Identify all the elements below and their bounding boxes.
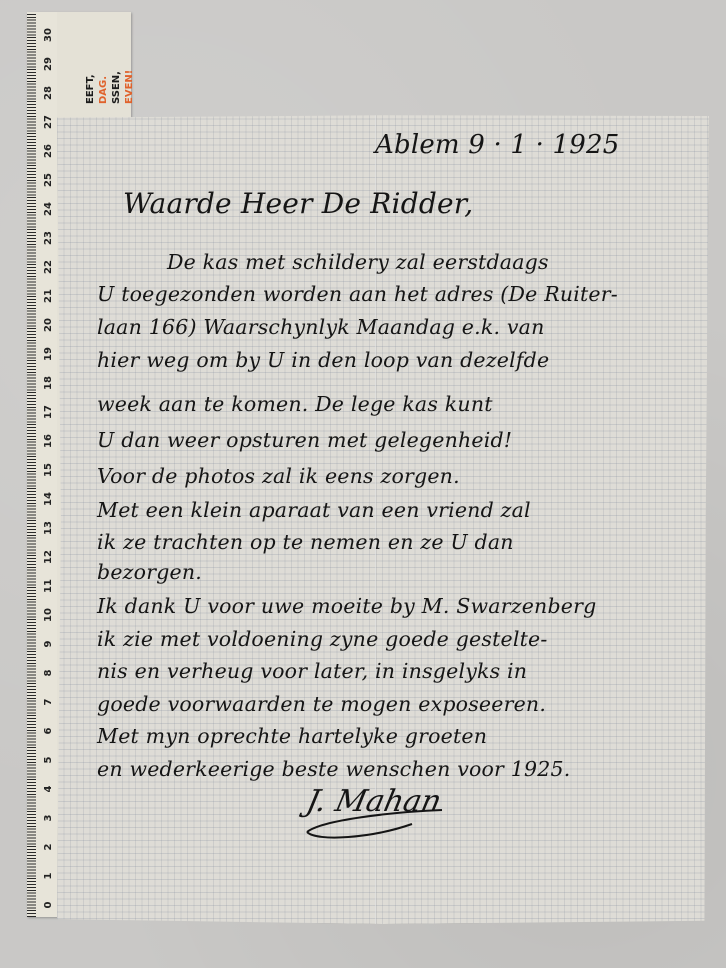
handwritten-letter: Ablem 9 · 1 · 1925 Waarde Heer De Ridder… (57, 112, 709, 924)
ruler-number: 30 (42, 27, 56, 43)
ruler-number: 15 (42, 462, 56, 478)
ruler-number: 12 (42, 549, 56, 565)
ruler-number: 21 (42, 288, 56, 304)
ruler-number: 9 (42, 636, 56, 652)
letter-line: U toegezonden worden aan het adres (De R… (97, 282, 618, 306)
ruler-number: 24 (42, 201, 56, 217)
ruler-number: 29 (42, 56, 56, 72)
ruler-number: 25 (42, 172, 56, 188)
ruler-number: 27 (42, 114, 56, 130)
ruler-number: 22 (42, 259, 56, 275)
ruler-scale-strip: 30 29 28 27 26 25 24 23 22 21 20 19 18 1… (27, 12, 57, 917)
letter-line: goede voorwaarden te mogen exposeeren. (97, 692, 546, 716)
ruler-number: 16 (42, 433, 56, 449)
ruler-number: 10 (42, 607, 56, 623)
ruler-number: 5 (42, 752, 56, 768)
letter-line: ik zie met voldoening zyne goede gestelt… (97, 627, 548, 651)
letter-line: nis en verheug voor later, in insgelyks … (97, 659, 527, 683)
ruler-number: 1 (42, 868, 56, 884)
ruler-number: 2 (42, 839, 56, 855)
ruler-number: 19 (42, 346, 56, 362)
ruler-number: 14 (42, 491, 56, 507)
place-and-date: Ablem 9 · 1 · 1925 (375, 130, 619, 160)
ruler-number: 0 (42, 897, 56, 913)
brand-text: EEFT, (85, 74, 96, 104)
ruler-number: 8 (42, 665, 56, 681)
ruler-number: 28 (42, 85, 56, 101)
brand-text: SSEN, (111, 71, 122, 104)
ruler-number: 17 (42, 404, 56, 420)
brand-text: DAG. (98, 76, 109, 104)
ruler-number: 3 (42, 810, 56, 826)
letter-line: laan 166) Waarschynlyk Maandag e.k. van (97, 315, 545, 339)
ruler-number: 20 (42, 317, 56, 333)
ruler-number: 23 (42, 230, 56, 246)
letter-line: bezorgen. (97, 560, 202, 584)
salutation: Waarde Heer De Ridder, (123, 187, 473, 220)
letter-line: hier weg om by U in den loop van dezelfd… (97, 348, 549, 372)
letter-line: week aan te komen. De lege kas kunt (97, 392, 493, 416)
letter-line: ik ze trachten op te nemen en ze U dan (97, 530, 514, 554)
ruler-brand-print: EEFT, DAG. SSEN, EVEN! (85, 24, 155, 119)
letter-line: Voor de photos zal ik eens zorgen. (97, 464, 460, 488)
ruler-number: 18 (42, 375, 56, 391)
ruler-number: 6 (42, 723, 56, 739)
letter-line: Ik dank U voor uwe moeite by M. Swarzenb… (97, 594, 596, 618)
ruler-number: 11 (42, 578, 56, 594)
ruler-number: 4 (42, 781, 56, 797)
ruler-number: 26 (42, 143, 56, 159)
letter-line: Met een klein aparaat van een vriend zal (97, 498, 531, 522)
letter-line: De kas met schildery zal eerstdaags (167, 250, 549, 274)
letter-line: U dan weer opsturen met gelegenheid! (97, 428, 512, 452)
ruler-number: 7 (42, 694, 56, 710)
ruler-number: 13 (42, 520, 56, 536)
brand-text: EVEN! (124, 70, 135, 104)
ruler-ticks (27, 12, 41, 917)
letter-line: Met myn oprechte hartelyke groeten (97, 724, 487, 748)
signature-flourish-icon (302, 802, 532, 847)
letter-line: en wederkeerige beste wenschen voor 1925… (97, 757, 570, 781)
